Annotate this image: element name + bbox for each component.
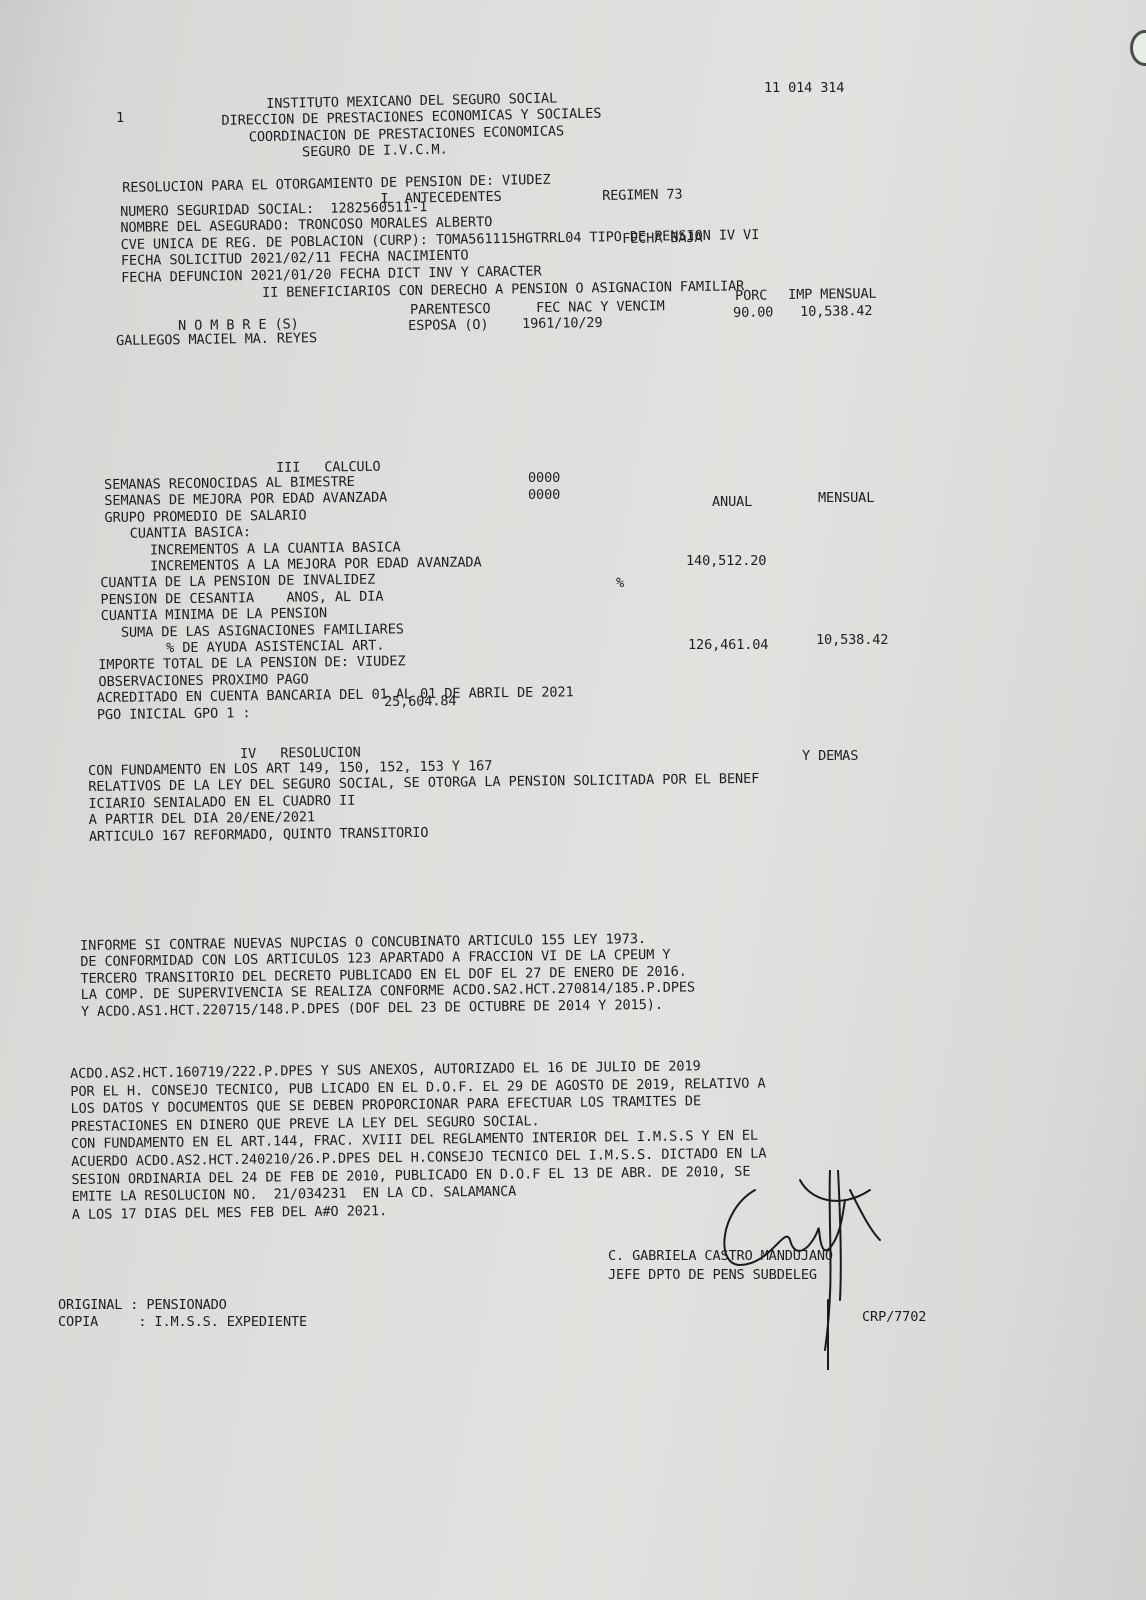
- cuantia-invalidez-pct: %: [616, 575, 624, 591]
- fecha-defuncion-value: 2021/01/20: [250, 266, 331, 283]
- binder-ring: [1130, 30, 1146, 66]
- ayuda-mensual: 10,538.42: [816, 632, 888, 648]
- nss-value: 1282560511-1: [330, 199, 427, 217]
- beneficiary-porc: 90.00: [733, 304, 773, 321]
- resolucion-body: CON FUNDAMENTO EN LOS ART 149, 150, 152,…: [88, 755, 760, 845]
- tipo-pension-value: IV VI: [719, 227, 760, 244]
- col-fec-nac: FEC NAC Y VENCIM: [536, 298, 665, 316]
- fecha-defuncion-label: FECHA DEFUNCION: [121, 268, 243, 286]
- resolucion-y-demas: Y DEMAS: [802, 748, 858, 764]
- col-mensual: MENSUAL: [818, 490, 874, 506]
- informe-paragraph: INFORME SI CONTRAE NUEVAS NUPCIAS O CONC…: [80, 930, 695, 1020]
- beneficiary-fec-nac: 1961/10/29: [522, 315, 603, 332]
- fecha-nacimiento-label: FECHA NACIMIENTO: [339, 248, 469, 266]
- incrementos-mejora-anual: 140,512.20: [686, 553, 766, 569]
- pension-resolution-document: 1 11 014 314 INSTITUTO MEXICANO DEL SEGU…: [0, 0, 1146, 1600]
- signatory-code: CRP/7702: [862, 1309, 926, 1325]
- distribution-original: ORIGINAL : PENSIONADO: [58, 1297, 227, 1313]
- page-number: 1: [116, 110, 124, 126]
- col-imp-mensual: IMP MENSUAL: [788, 286, 877, 303]
- acuerdo-paragraph: ACDO.AS2.HCT.160719/222.P.DPES Y SUS ANE…: [70, 1058, 767, 1225]
- document-reference: 11 014 314: [764, 80, 844, 96]
- fecha-baja-label: FECHA BAJA: [622, 230, 703, 247]
- signatory-title: JEFE DPTO DE PENS SUBDELEG: [608, 1267, 817, 1283]
- col-anual: ANUAL: [712, 494, 752, 510]
- institution-header: INSTITUTO MEXICANO DEL SEGURO SOCIAL DIR…: [266, 90, 602, 162]
- col-parentesco: PARENTESCO: [410, 301, 491, 318]
- curp-value: TOMA561115HGTRRL04: [436, 230, 582, 248]
- fecha-dict-label: FECHA DICT INV Y CARACTER: [339, 263, 541, 282]
- pago-inicial-value: 25,604.84: [384, 693, 457, 710]
- col-porc: PORC: [735, 288, 767, 304]
- beneficiary-imp-mensual: 10,538.42: [800, 303, 873, 320]
- ayuda-anual: 126,461.04: [688, 637, 768, 653]
- fecha-solicitud-value: 2021/02/11: [250, 250, 331, 267]
- distribution-copia: COPIA : I.M.S.S. EXPEDIENTE: [58, 1314, 307, 1330]
- signatory-name: C. GABRIELA CASTRO MANDUJANO: [608, 1248, 833, 1264]
- beneficiary-parentesco: ESPOSA (O): [408, 317, 489, 334]
- calculo-labels: SEMANAS RECONOCIDAS AL BIMESTRE SEMANAS …: [104, 471, 574, 723]
- beneficiary-name: GALLEGOS MACIEL MA. REYES: [116, 330, 317, 349]
- fecha-solicitud-label: FECHA SOLICITUD: [121, 251, 243, 269]
